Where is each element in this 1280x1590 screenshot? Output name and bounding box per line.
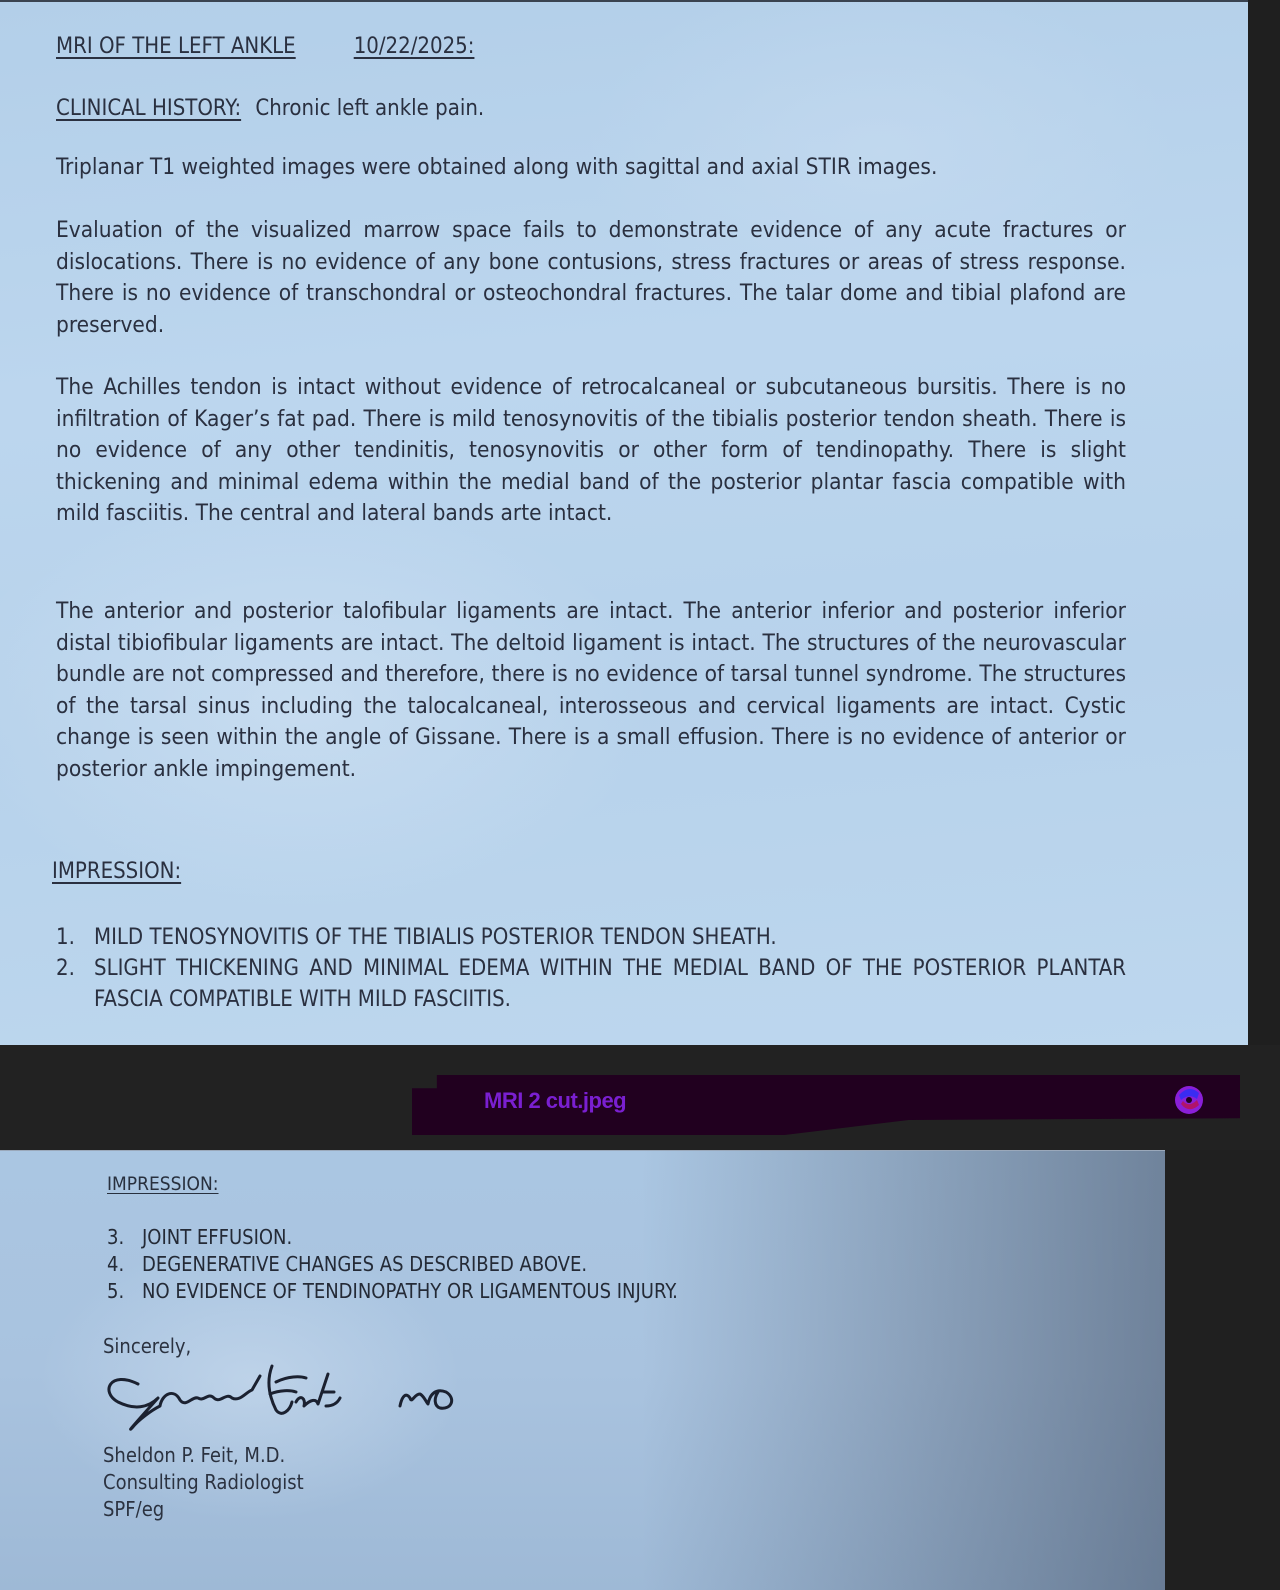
findings-paragraph-ligaments: The anterior and posterior talofibular l…: [56, 596, 1126, 785]
impression-list: 1. MILD TENOSYNOVITIS OF THE TIBIALIS PO…: [56, 922, 1126, 1015]
impression-number: 1.: [56, 922, 94, 953]
impression-item: 3. JOINT EFFUSION.: [107, 1224, 678, 1251]
impression-item: 1. MILD TENOSYNOVITIS OF THE TIBIALIS PO…: [56, 922, 1126, 953]
signature: [100, 1362, 510, 1444]
clinical-history-label: CLINICAL HISTORY:: [56, 96, 241, 121]
impression-item: 5. NO EVIDENCE OF TENDINOPATHY OR LIGAME…: [107, 1278, 678, 1305]
impression-list-page-2: 3. JOINT EFFUSION. 4. DEGENERATIVE CHANG…: [107, 1224, 678, 1305]
impression-text: SLIGHT THICKENING AND MINIMAL EDEMA WITH…: [94, 953, 1126, 1015]
clinical-history-text: Chronic left ankle pain.: [255, 96, 484, 121]
impression-number: 2.: [56, 953, 94, 1015]
technique-paragraph: Triplanar T1 weighted images were obtain…: [56, 152, 937, 184]
impression-number: 4.: [107, 1251, 142, 1278]
report-title: MRI OF THE LEFT ANKLE10/22/2025:: [56, 34, 474, 59]
report-date: 10/22/2025:: [354, 34, 475, 59]
signer-name: Sheldon P. Feit, M.D.: [103, 1443, 285, 1467]
transcription-initials: SPF/eg: [103, 1497, 164, 1521]
file-name-label[interactable]: MRI 2 cut.jpeg: [484, 1088, 626, 1114]
report-title-text: MRI OF THE LEFT ANKLE: [56, 34, 296, 59]
impression-heading-page-2: IMPRESSION:: [107, 1173, 219, 1195]
findings-paragraph-tendons: The Achilles tendon is intact without ev…: [56, 372, 1126, 530]
impression-number: 5.: [107, 1278, 142, 1305]
clinical-history: CLINICAL HISTORY: Chronic left ankle pai…: [56, 96, 484, 121]
impression-text: MILD TENOSYNOVITIS OF THE TIBIALIS POSTE…: [94, 922, 1126, 953]
report-photo-page-1: MRI OF THE LEFT ANKLE10/22/2025: CLINICA…: [0, 0, 1248, 1047]
viewer-frame-right-lower: [1165, 1150, 1280, 1590]
closing-salutation: Sincerely,: [103, 1334, 191, 1358]
impression-text: JOINT EFFUSION.: [142, 1224, 292, 1251]
impression-text: NO EVIDENCE OF TENDINOPATHY OR LIGAMENTO…: [142, 1278, 678, 1305]
findings-paragraph-marrow: Evaluation of the visualized marrow spac…: [56, 215, 1126, 341]
impression-text: DEGENERATIVE CHANGES AS DESCRIBED ABOVE.: [142, 1251, 587, 1278]
viewer-frame-right: [1248, 0, 1280, 1045]
impression-number: 3.: [107, 1224, 142, 1251]
impression-item: 2. SLIGHT THICKENING AND MINIMAL EDEMA W…: [56, 953, 1126, 1015]
app-logo-icon: [1171, 1081, 1207, 1117]
impression-heading: IMPRESSION:: [52, 859, 181, 884]
impression-item: 4. DEGENERATIVE CHANGES AS DESCRIBED ABO…: [107, 1251, 678, 1278]
signer-title: Consulting Radiologist: [103, 1470, 304, 1494]
